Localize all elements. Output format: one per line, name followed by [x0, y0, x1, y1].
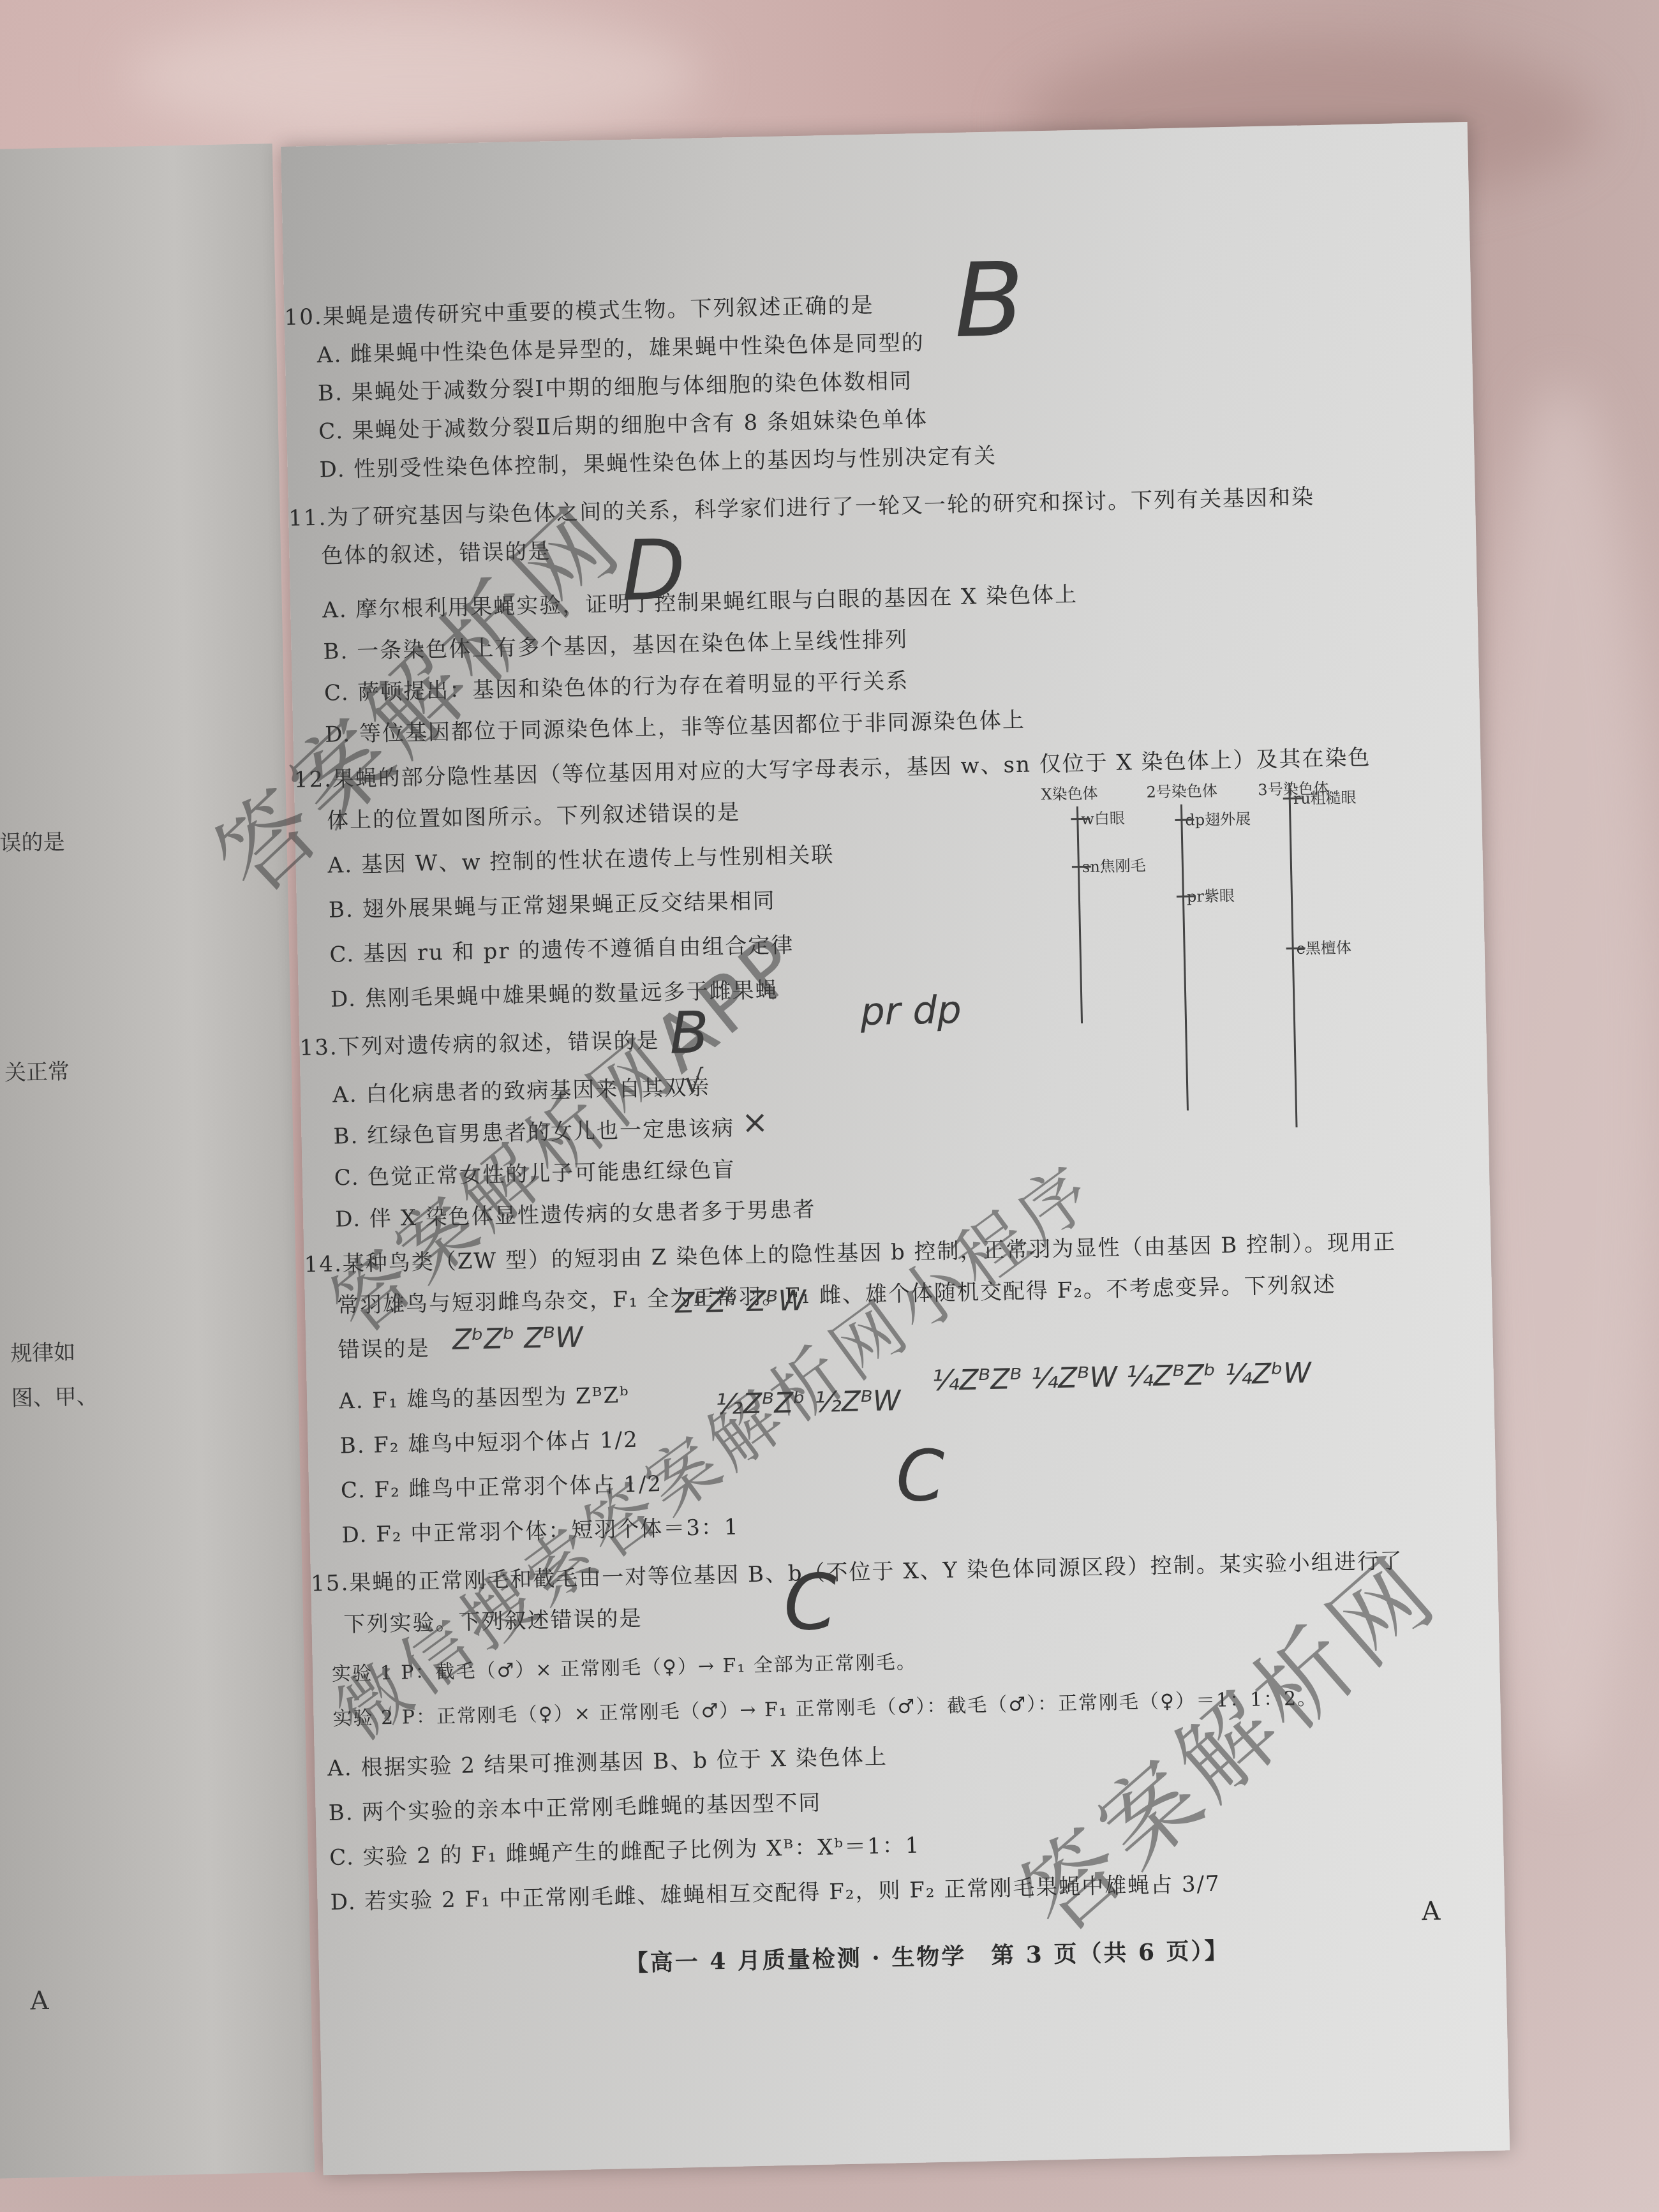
- option: A. F₁ 雄鸟的基因型为 ZᴮZᵇ: [339, 1377, 630, 1415]
- locus-label: sn焦刚毛: [1082, 853, 1145, 877]
- handwritten-answer: B: [953, 240, 1025, 360]
- option: D. 性别受性染色体控制，果蝇性染色体上的基因均与性别决定有关: [319, 438, 997, 484]
- locus-label: ru粗糙眼: [1293, 785, 1357, 808]
- option: B. 两个实验的亲本中正常刚毛雌蝇的基因型不同: [328, 1785, 821, 1827]
- handwritten-work: ZᵇZᵇ ZᴮW: [452, 1321, 584, 1356]
- chromosome-diagram: X染色体 2号染色体 3号染色体 w白眼 sn焦刚毛 dp翅外展 pr紫眼 ru…: [1041, 775, 1393, 1139]
- handwritten-note: pr dp: [860, 988, 962, 1034]
- option: B. F₂ 雄鸟中短羽个体占 1/2: [339, 1422, 639, 1460]
- locus-label: pr紫眼: [1187, 883, 1235, 907]
- x-chromosome: [1076, 806, 1083, 1023]
- locus-label: dp翅外展: [1185, 806, 1251, 829]
- handwritten-answer: C: [783, 1558, 838, 1648]
- locus-label: e黑檀体: [1296, 935, 1351, 958]
- left-page: 误的是 关正常 规律如 图、甲、 A: [0, 144, 315, 2179]
- question-number: 15.: [311, 1570, 350, 1596]
- locus-label: w白眼: [1081, 806, 1125, 829]
- left-fragment: 图、甲、: [11, 1379, 98, 1412]
- left-page-letter: A: [30, 1986, 49, 2016]
- chromosome-label: 2号染色体: [1146, 778, 1217, 801]
- option: B. 果蝇处于减数分裂Ⅰ中期的细胞与体细胞的染色体数相同: [318, 363, 913, 407]
- exam-page: 10.果蝇是遗传研究中重要的模式生物。下列叙述正确的是 A. 雌果蝇中性染色体是…: [281, 122, 1510, 2175]
- question-number: 11.: [288, 505, 327, 531]
- option: C. 实验 2 的 F₁ 雌蝇产生的雌配子比例为 Xᴮ：Xᵇ＝1：1: [329, 1828, 921, 1871]
- question-stem: 为了研究基因与染色体之间的关系，科学家们进行了一轮又一轮的研究和探讨。下列有关基…: [327, 484, 1314, 530]
- handwritten-answer: C: [895, 1435, 946, 1518]
- option: A. 根据实验 2 结果可推测基因 B、b 位于 X 染色体上: [327, 1739, 888, 1782]
- chromosome-label: X染色体: [1041, 780, 1098, 804]
- watermark: 答案解析网: [986, 1518, 1461, 1958]
- option: A. 雌果蝇中性染色体是异型的，雄果蝇中性染色体是同型的: [316, 325, 925, 369]
- option: B. 翅外展果蝇与正常翅果蝇正反交结果相同: [328, 883, 775, 924]
- question-number: 13.: [299, 1034, 338, 1060]
- option: C. 果蝇处于减数分裂Ⅱ后期的细胞中含有 8 条姐妹染色单体: [318, 401, 928, 445]
- left-fragment: 误的是: [0, 824, 65, 857]
- question-number: 10.: [284, 304, 323, 330]
- cross-mark: ×: [741, 1103, 769, 1141]
- blanket-pattern: [128, 13, 702, 140]
- option: A. 基因 W、w 控制的性状在遗传上与性别相关联: [327, 837, 835, 879]
- handwritten-work: ¼ZᴮZᴮ ¼ZᴮW ¼ZᴮZᵇ ¼ZᵇW: [932, 1357, 1311, 1397]
- question-10: 10.果蝇是遗传研究中重要的模式生物。下列叙述正确的是: [284, 288, 874, 331]
- question-11: 11.为了研究基因与染色体之间的关系，科学家们进行了一轮又一轮的研究和探讨。下列…: [288, 479, 1315, 532]
- page-footer: 【高一 4 月质量检测 · 生物学 第 3 页（共 6 页）】: [625, 1933, 1230, 1978]
- chromosome-2: [1180, 805, 1189, 1111]
- question-stem: 果蝇是遗传研究中重要的模式生物。下列叙述正确的是: [322, 293, 874, 330]
- left-fragment: 规律如: [10, 1335, 76, 1367]
- corner-letter: A: [1422, 1897, 1441, 1927]
- left-fragment: 关正常: [4, 1054, 70, 1087]
- handwritten-work: ZᴮZᵇ ZᴮW: [675, 1284, 807, 1319]
